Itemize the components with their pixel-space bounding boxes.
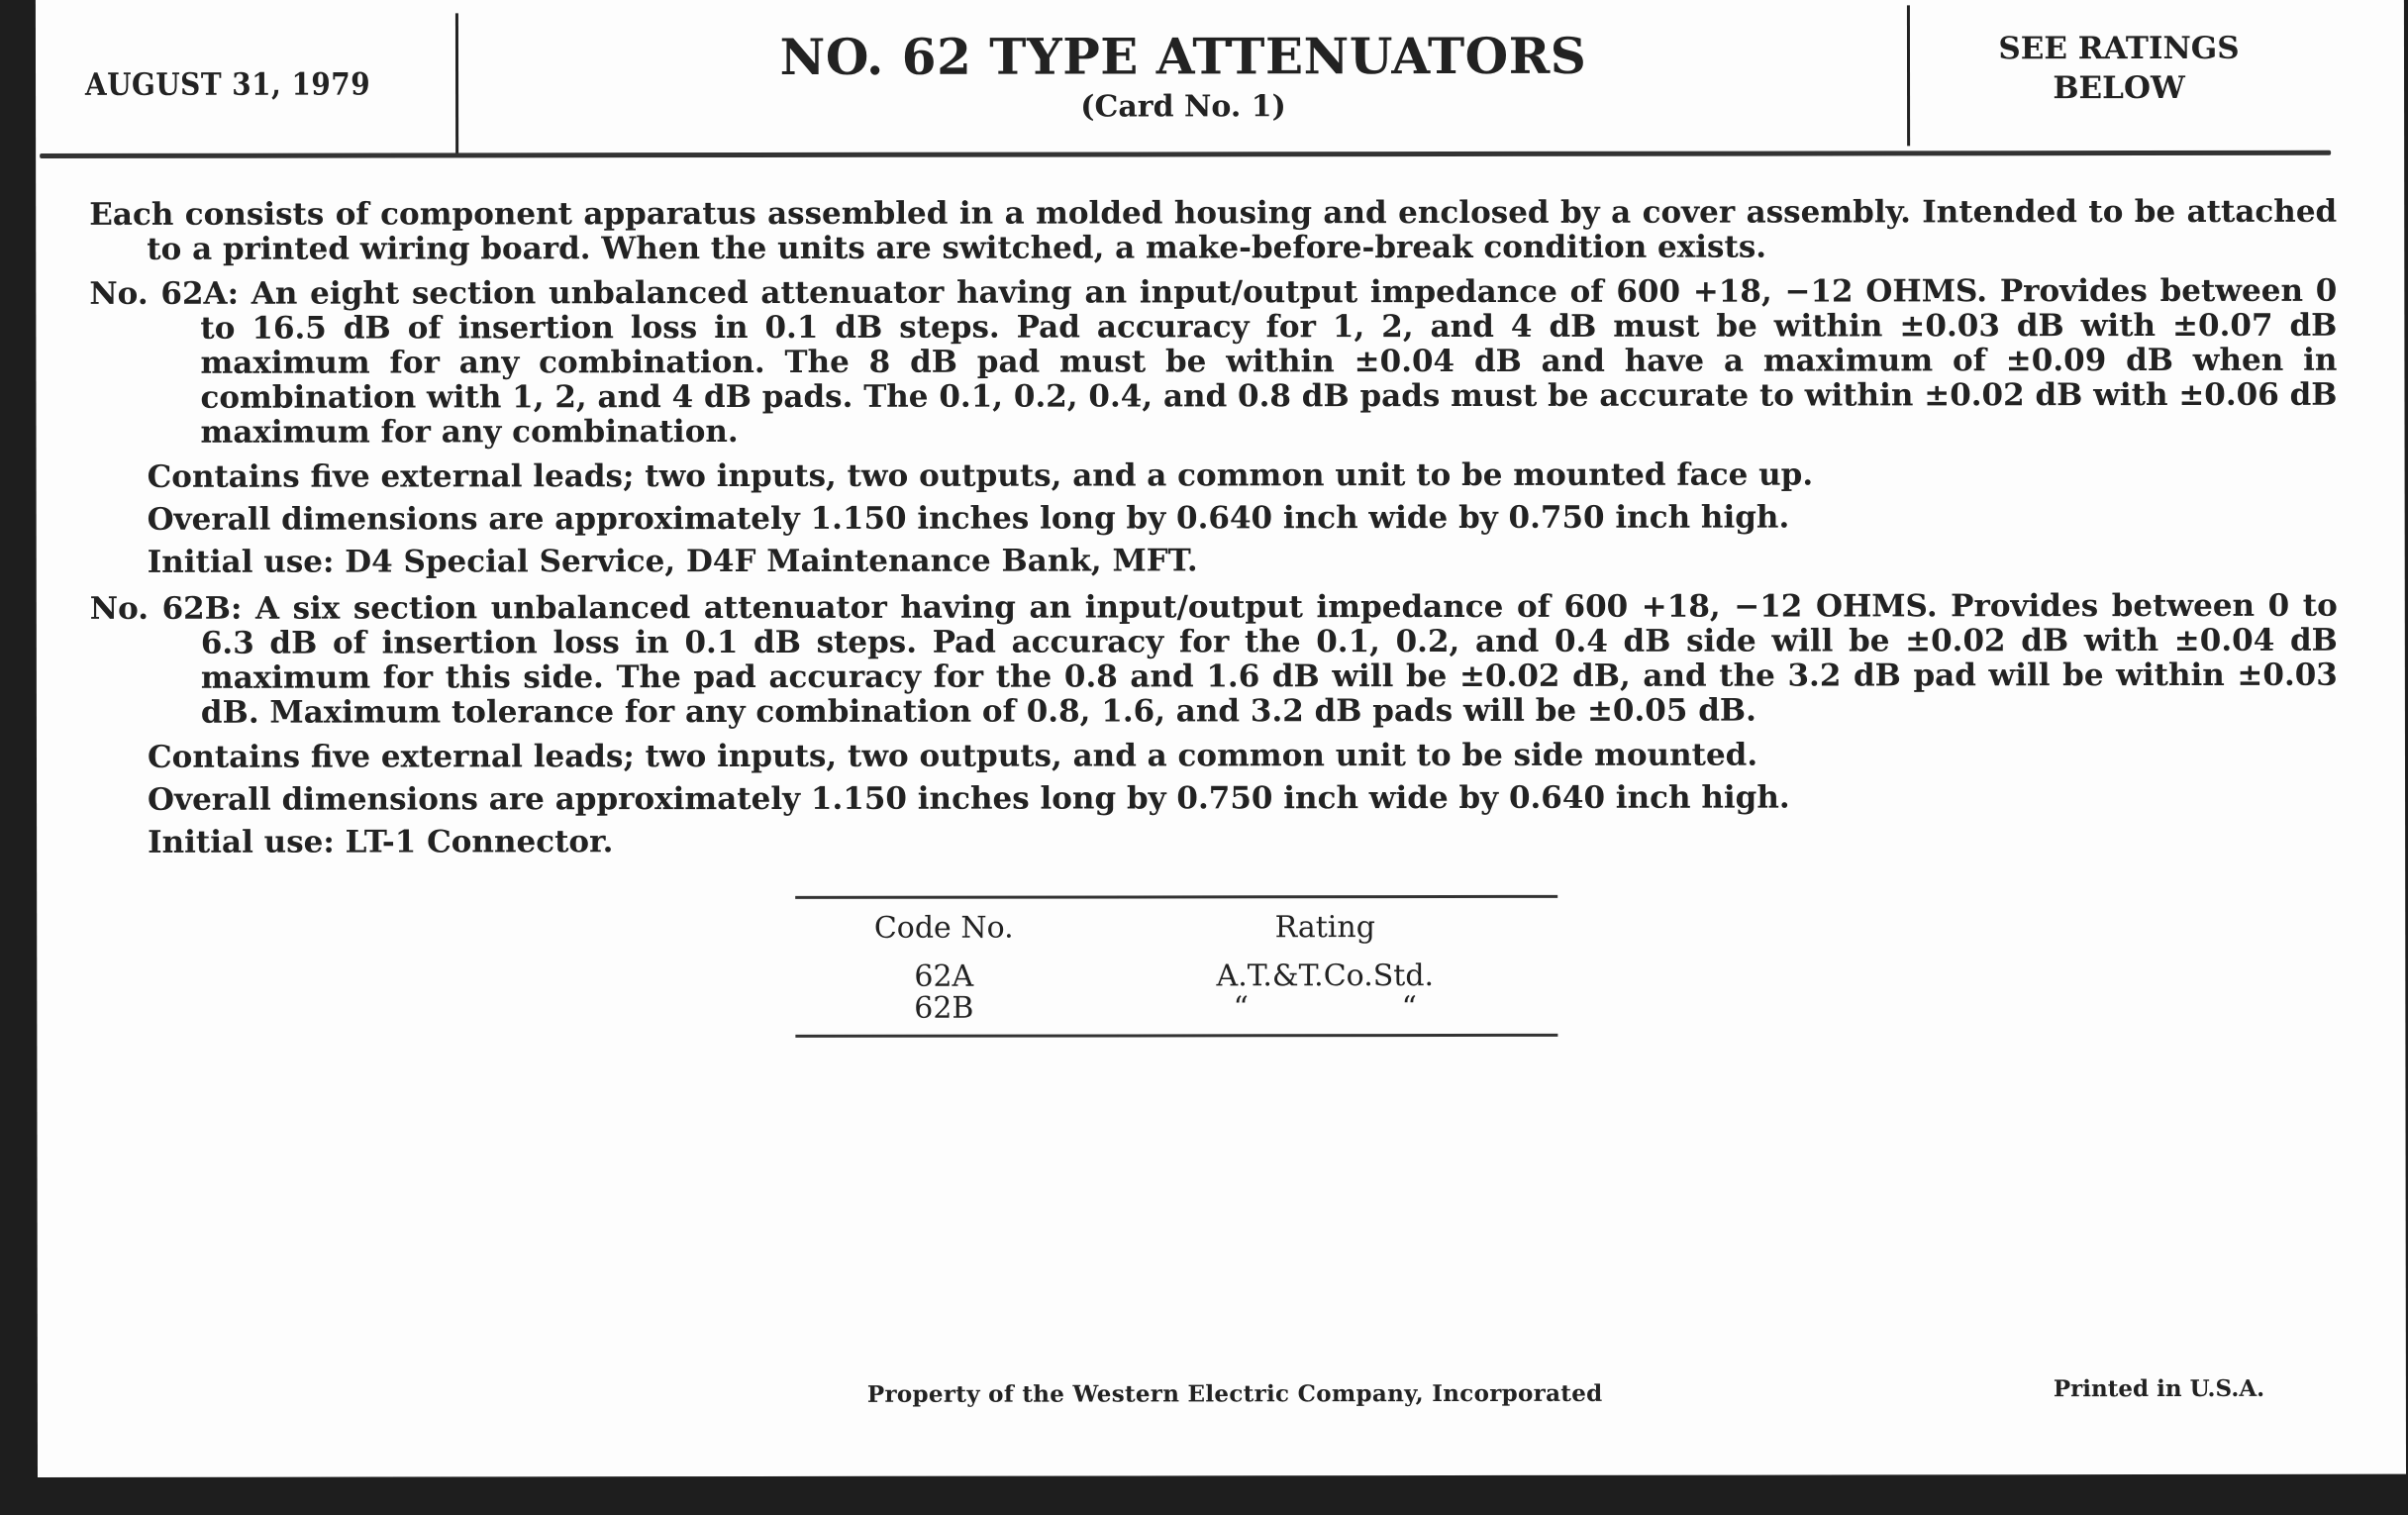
header-divider-left	[455, 13, 458, 153]
item-62a-initial-use: Initial use: D4 Special Service, D4F Mai…	[90, 543, 2338, 580]
card-title-block: NO. 62 TYPE ATTENUATORS (Card No. 1)	[459, 27, 1907, 130]
rating-note-line-1: SEE RATINGS	[1911, 29, 2327, 69]
item-62a-dimensions: Overall dimensions are approximately 1.1…	[90, 500, 2338, 538]
intro-paragraph: Each consists of component apparatus ass…	[89, 195, 2337, 267]
card-header: AUGUST 31, 1979 NO. 62 TYPE ATTENUATORS …	[36, 0, 2404, 163]
table-row: 62A A.T.&T.Co.Std.	[795, 960, 1557, 993]
item-62b-description: No. 62B: A six section unbalanced attenu…	[90, 589, 2338, 731]
rating-note: SEE RATINGS BELOW	[1911, 29, 2327, 109]
table-header-row: Code No. Rating	[795, 898, 1557, 961]
item-62b-leads: Contains five external leads; two inputs…	[90, 738, 2338, 775]
item-62b-initial-use: Initial use: LT-1 Connector.	[90, 823, 2338, 860]
property-notice: Property of the Western Electric Company…	[867, 1380, 1603, 1408]
spec-card: AUGUST 31, 1979 NO. 62 TYPE ATTENUATORS …	[36, 0, 2406, 1477]
card-title: NO. 62 TYPE ATTENUATORS	[459, 27, 1907, 86]
item-description: An eight section unbalanced attenuator h…	[200, 273, 2337, 451]
rating-note-line-2: BELOW	[1911, 68, 2327, 109]
item-62a-description: No. 62A: An eight section unbalanced att…	[89, 274, 2337, 451]
ratings-table: Code No. Rating 62A A.T.&T.Co.Std. 62B “…	[795, 895, 1557, 1038]
ditto-mark: “	[1186, 992, 1295, 1024]
column-header-rating: Rating	[1092, 898, 1557, 961]
printed-notice: Printed in U.S.A.	[2054, 1375, 2264, 1402]
table-row: 62B ““	[795, 992, 1557, 1025]
item-code: No. 62B:	[90, 591, 243, 627]
code-cell: 62B	[795, 993, 1092, 1025]
table-bottom-rule	[795, 1034, 1557, 1038]
column-header-code: Code No.	[795, 899, 1092, 961]
item-62b-dimensions: Overall dimensions are approximately 1.1…	[90, 780, 2338, 818]
item-code: No. 62A:	[89, 276, 239, 312]
issue-date: AUGUST 31, 1979	[85, 67, 370, 103]
rating-cell: A.T.&T.Co.Std.	[1092, 960, 1557, 993]
ditto-mark: “	[1354, 992, 1463, 1024]
code-cell: 62A	[795, 961, 1092, 993]
header-divider-right	[1907, 5, 1910, 146]
item-description: A six section unbalanced attenuator havi…	[201, 588, 2338, 731]
card-body: Each consists of component apparatus ass…	[89, 195, 2338, 868]
card-subtitle: (Card No. 1)	[459, 84, 1907, 130]
rating-cell-ditto: ““	[1092, 992, 1557, 1025]
item-62a-leads: Contains five external leads; two inputs…	[90, 457, 2338, 495]
